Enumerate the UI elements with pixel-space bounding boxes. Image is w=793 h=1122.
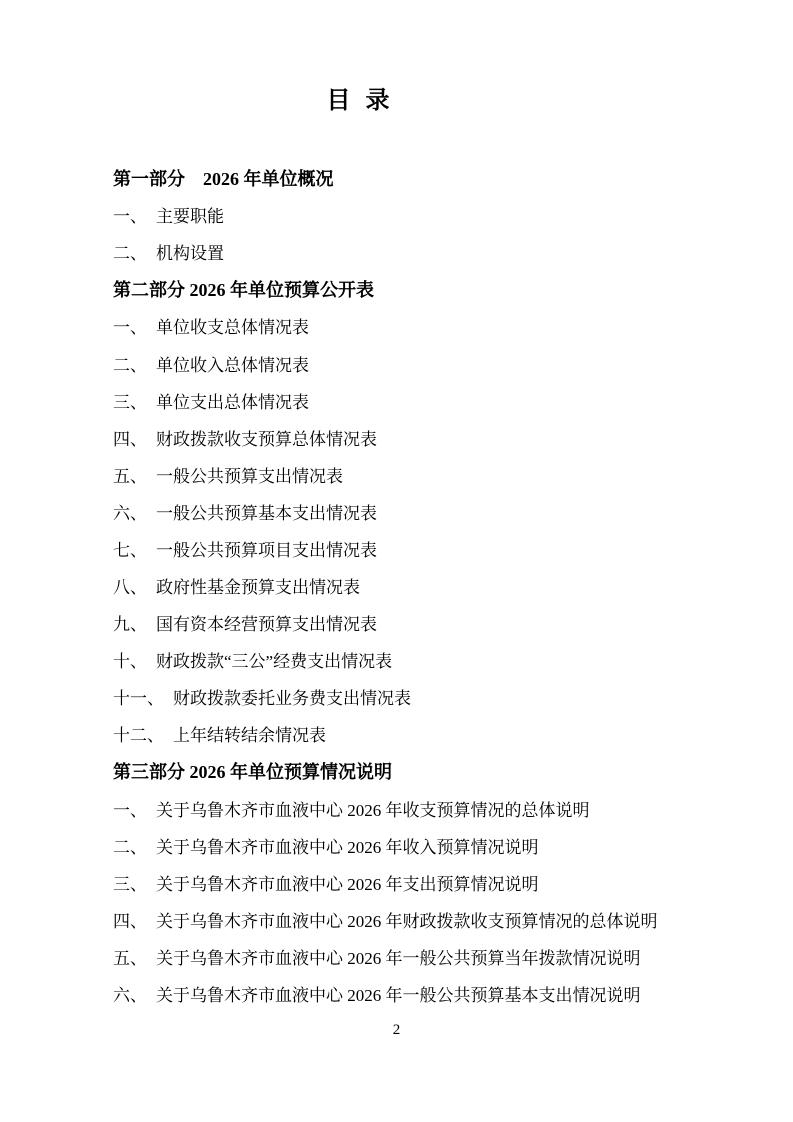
- toc-item-number: 十二、: [113, 721, 164, 746]
- toc-item: 八、政府性基金预算支出情况表: [113, 567, 688, 604]
- toc-item-text: 一般公共预算支出情况表: [156, 462, 343, 487]
- toc-item-text: 关于乌鲁木齐市血液中心 2026 年收入预算情况说明: [156, 833, 539, 858]
- toc-item: 四、关于乌鲁木齐市血液中心 2026 年财政拨款收支预算情况的总体说明: [113, 901, 688, 938]
- toc-item: 三、关于乌鲁木齐市血液中心 2026 年支出预算情况说明: [113, 864, 688, 901]
- page-number: 2: [0, 1022, 793, 1039]
- toc-item-text: 关于乌鲁木齐市血液中心 2026 年支出预算情况说明: [156, 870, 539, 895]
- toc-item: 四、财政拨款收支预算总体情况表: [113, 419, 688, 456]
- toc-item: 三、单位支出总体情况表: [113, 382, 688, 419]
- toc-item-text: 机构设置: [156, 239, 224, 264]
- toc-item-number: 二、: [113, 239, 147, 264]
- page-title: 目 录: [0, 80, 755, 115]
- toc-item-text: 上年结转结余情况表: [173, 721, 326, 746]
- toc-item: 五、一般公共预算支出情况表: [113, 456, 688, 493]
- document-page: 目 录 第一部分 2026 年单位概况 一、主要职能 二、机构设置 第二部分 2…: [0, 0, 793, 1122]
- toc-item: 七、一般公共预算项目支出情况表: [113, 530, 688, 567]
- toc-item-number: 一、: [113, 313, 147, 338]
- toc-item-number: 六、: [113, 981, 147, 1006]
- toc-item-text: 关于乌鲁木齐市血液中心 2026 年财政拨款收支预算情况的总体说明: [156, 907, 658, 932]
- toc-item-text: 关于乌鲁木齐市血液中心 2026 年一般公共预算当年拨款情况说明: [156, 944, 641, 969]
- toc-item-text: 一般公共预算项目支出情况表: [156, 536, 377, 561]
- toc-item-number: 四、: [113, 425, 147, 450]
- toc-item-number: 六、: [113, 499, 147, 524]
- toc-item: 十一、财政拨款委托业务费支出情况表: [113, 678, 688, 715]
- toc-item: 一、主要职能: [113, 196, 688, 233]
- toc-item: 十、财政拨款“三公”经费支出情况表: [113, 641, 688, 678]
- toc-item-text: 财政拨款委托业务费支出情况表: [173, 684, 411, 709]
- toc-item-text: 一般公共预算基本支出情况表: [156, 499, 377, 524]
- toc-item-text: 关于乌鲁木齐市血液中心 2026 年一般公共预算基本支出情况说明: [156, 981, 641, 1006]
- toc-item: 六、一般公共预算基本支出情况表: [113, 493, 688, 530]
- toc-item: 九、国有资本经营预算支出情况表: [113, 604, 688, 641]
- toc-section-1-heading: 第一部分 2026 年单位概况: [113, 159, 688, 196]
- toc-item-text: 财政拨款收支预算总体情况表: [156, 425, 377, 450]
- toc-item-number: 一、: [113, 796, 147, 821]
- toc-item-number: 四、: [113, 907, 147, 932]
- toc-item-number: 三、: [113, 870, 147, 895]
- toc-item-number: 五、: [113, 462, 147, 487]
- toc-section-3-heading: 第三部分 2026 年单位预算情况说明: [113, 753, 688, 790]
- toc-item-number: 五、: [113, 944, 147, 969]
- toc-item-text: 政府性基金预算支出情况表: [156, 573, 360, 598]
- toc-item: 六、关于乌鲁木齐市血液中心 2026 年一般公共预算基本支出情况说明: [113, 975, 688, 1012]
- toc-item: 二、关于乌鲁木齐市血液中心 2026 年收入预算情况说明: [113, 827, 688, 864]
- toc-item: 十二、上年结转结余情况表: [113, 715, 688, 752]
- toc-item-number: 十一、: [113, 684, 164, 709]
- toc-item: 二、单位收入总体情况表: [113, 344, 688, 381]
- toc-item-text: 关于乌鲁木齐市血液中心 2026 年收支预算情况的总体说明: [156, 796, 590, 821]
- toc-section-2-heading: 第二部分 2026 年单位预算公开表: [113, 270, 688, 307]
- toc-item-text: 单位收支总体情况表: [156, 313, 309, 338]
- toc-item-text: 国有资本经营预算支出情况表: [156, 610, 377, 635]
- toc-item-number: 二、: [113, 351, 147, 376]
- toc-item: 一、关于乌鲁木齐市血液中心 2026 年收支预算情况的总体说明: [113, 790, 688, 827]
- toc-item-number: 二、: [113, 833, 147, 858]
- table-of-contents: 第一部分 2026 年单位概况 一、主要职能 二、机构设置 第二部分 2026 …: [113, 159, 688, 1012]
- toc-item-text: 单位收入总体情况表: [156, 351, 309, 376]
- toc-item-number: 七、: [113, 536, 147, 561]
- toc-item-number: 十、: [113, 647, 147, 672]
- toc-item-number: 九、: [113, 610, 147, 635]
- toc-item: 一、单位收支总体情况表: [113, 307, 688, 344]
- toc-item-text: 主要职能: [156, 202, 224, 227]
- toc-item-text: 单位支出总体情况表: [156, 388, 309, 413]
- toc-item-text: 财政拨款“三公”经费支出情况表: [156, 647, 392, 672]
- toc-item: 二、机构设置: [113, 233, 688, 270]
- toc-item-number: 八、: [113, 573, 147, 598]
- toc-item-number: 一、: [113, 202, 147, 227]
- toc-item-number: 三、: [113, 388, 147, 413]
- toc-item: 五、关于乌鲁木齐市血液中心 2026 年一般公共预算当年拨款情况说明: [113, 938, 688, 975]
